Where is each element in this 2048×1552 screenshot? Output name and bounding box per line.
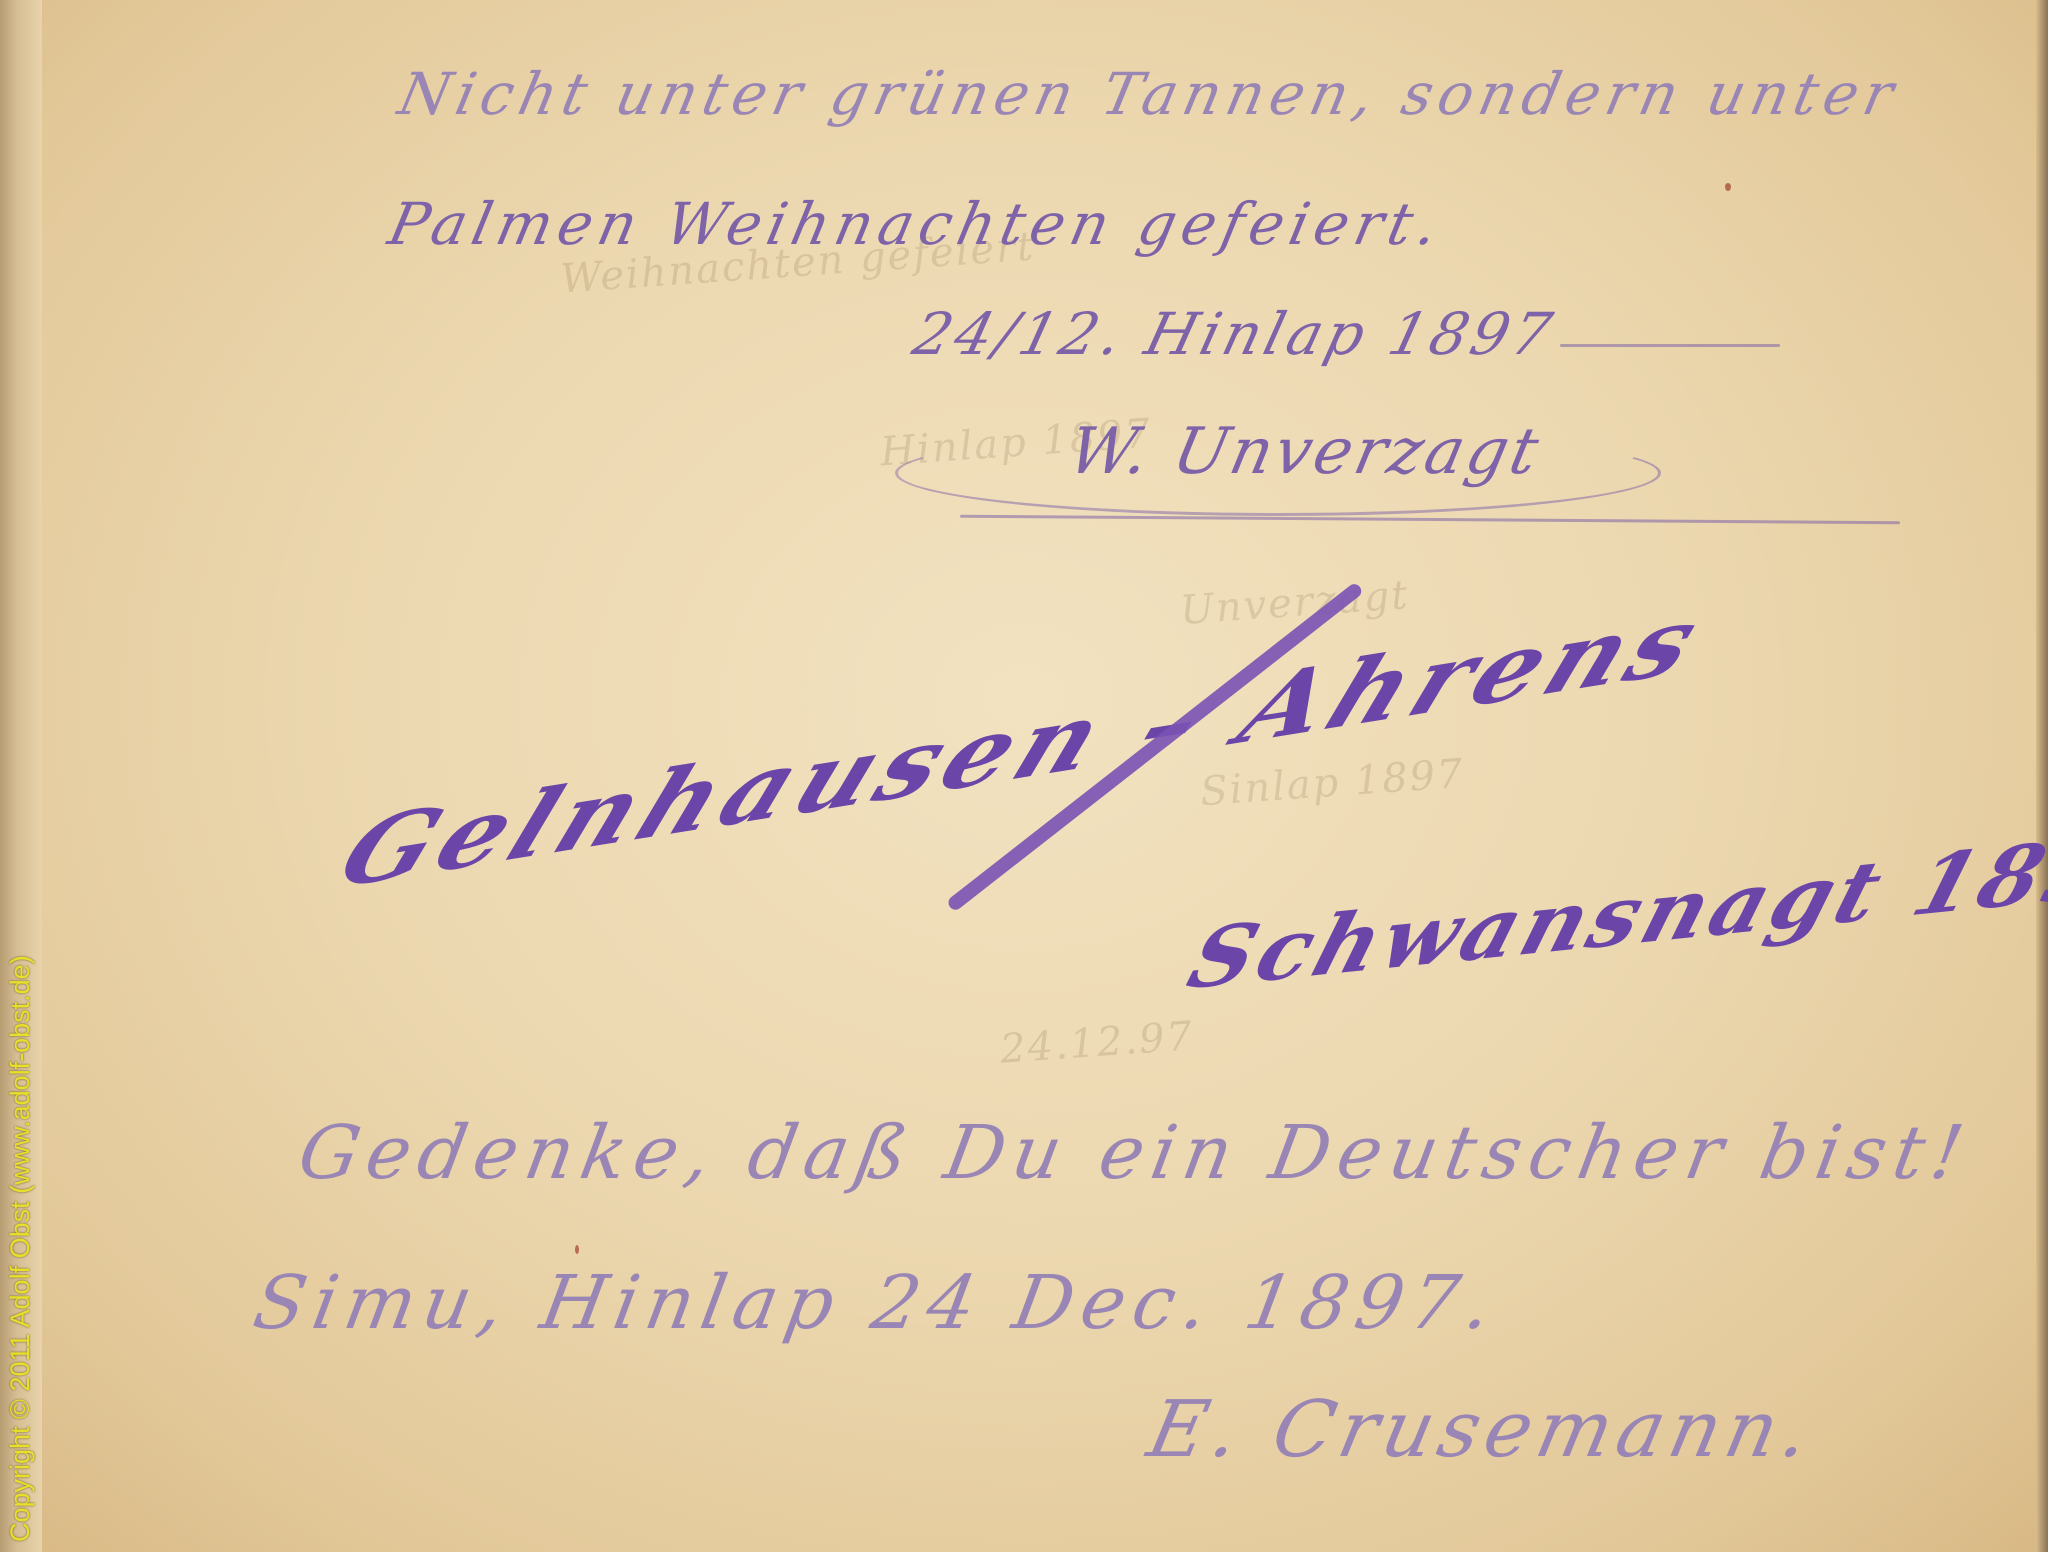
- entry3-line2: Simu, Hinlap 24 Dec. 1897.: [247, 1260, 1505, 1346]
- bleed-through-text: 24.12.97: [999, 1013, 1196, 1072]
- entry1-line2: Palmen Weihnachten gefeiert.: [383, 190, 1450, 258]
- entry1-line1: Nicht unter grünen Tannen, sondern unter: [393, 60, 1906, 128]
- entry1-signature: W. Unverzagt: [1062, 415, 1547, 489]
- entry3-line1: Gedenke, daß Du ein Deutscher bist!: [292, 1110, 1977, 1196]
- date-underline-flourish: [1560, 344, 1780, 347]
- bleed-through-text: Unverzagt: [1179, 572, 1411, 634]
- signature-underline: [960, 515, 1900, 525]
- entry2-signature-line2: Schwansnagt 1897: [1178, 811, 2048, 1009]
- album-page: Weihnachten gefeiert Hinlap 1897 Unverza…: [0, 0, 2048, 1552]
- page-edge: [2036, 0, 2048, 1552]
- entry1-date: 24/12. Hinlap 1897: [907, 300, 1563, 368]
- entry3-signature: E. Crusemann.: [1140, 1385, 1823, 1475]
- copyright-watermark: Copyright © 2011 Adolf Obst (www.adolf-o…: [5, 955, 36, 1542]
- ink-stain: [1725, 183, 1731, 191]
- entry2-signature-line1: Gelnhausen – Ahrens: [325, 583, 1720, 910]
- ink-stain: [575, 1245, 579, 1254]
